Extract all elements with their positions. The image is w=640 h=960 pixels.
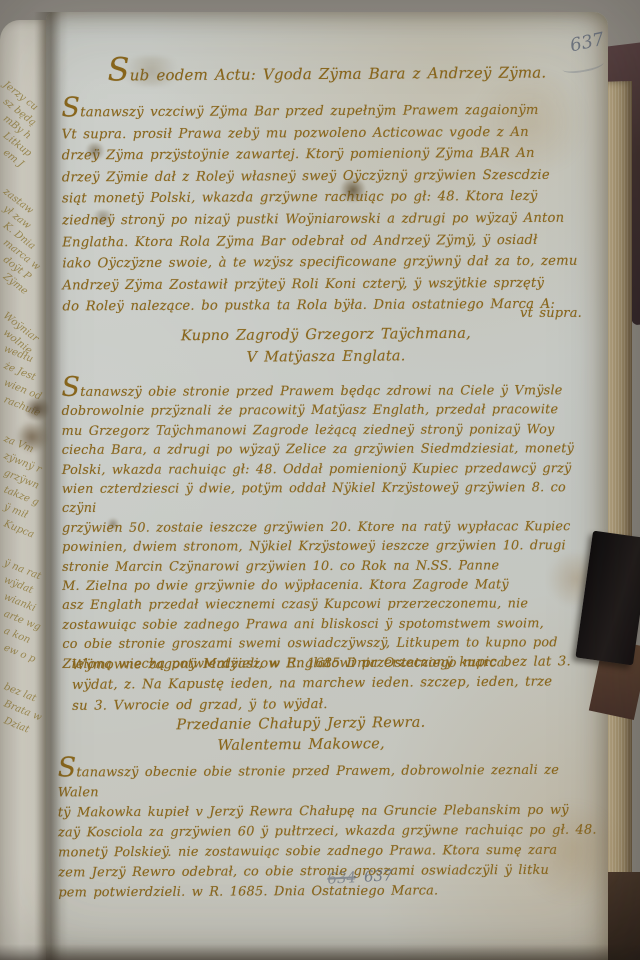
act2-heading: Kupno Zagrodÿ Grzegorz Taÿchmana, V Matÿ…: [66, 322, 586, 371]
act1-body: Stanawszÿ vczciwÿ Zÿma Bar przed zupełnÿ…: [61, 95, 592, 319]
act2-body: Stanawszÿ obie stronie przed Prawem będą…: [61, 375, 596, 674]
old-page-number: 634: [327, 868, 357, 887]
act2-addendum: Wÿmowne zagonÿ Matÿaszow Englatowi przer…: [72, 652, 596, 717]
left-page-edge: Jerzy cu sz będą mBy h Litkup em J zasta…: [0, 20, 52, 960]
act3-heading: Przedanie Chałupÿ Jerzÿ Rewra. Walentemu…: [66, 712, 536, 759]
manuscript-page: Sub eodem Actu: Vgoda Zÿma Bara z Andrze…: [46, 12, 608, 960]
act-title: Sub eodem Actu: Vgoda Zÿma Bara z Andrze…: [66, 54, 588, 88]
act1-closing: vt supra.: [346, 306, 582, 321]
manuscript-photo: Jerzy cu sz będą mBy h Litkup em J zasta…: [0, 0, 640, 960]
page-number-pencil-top: 637: [568, 29, 606, 57]
current-page-number: 637: [364, 866, 394, 885]
